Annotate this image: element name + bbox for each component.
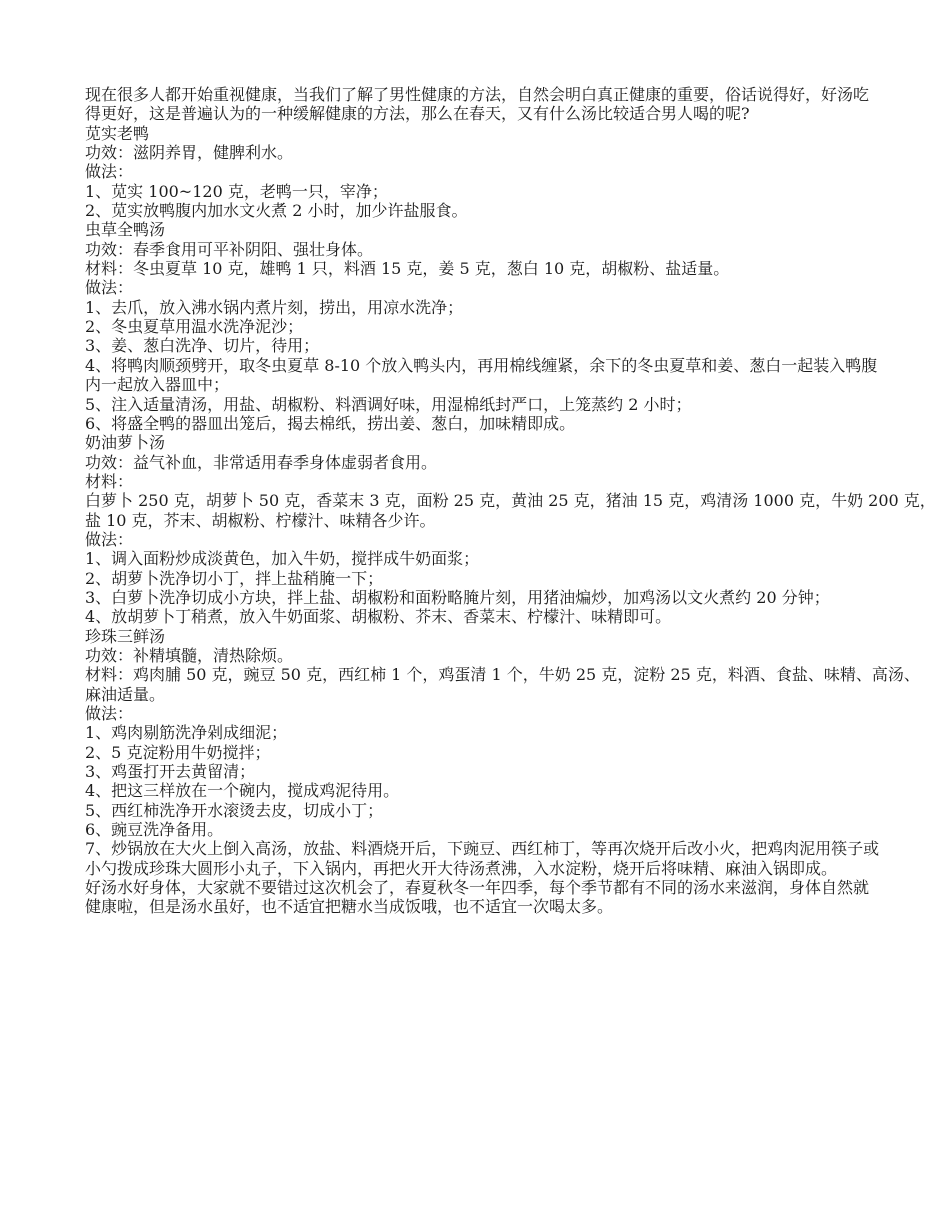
page: { "page": { "background_color": "#ffffff…	[0, 0, 950, 1230]
closing-line: 健康啦，但是汤水虽好，也不适宜把糖水当成饭哦，也不适宜一次喝太多。	[85, 897, 932, 916]
recipe-line: 1、苋实 100~120 克，老鸭一只，宰净；	[85, 182, 932, 201]
recipe-line: 5、西红柿洗净开水滚烫去皮，切成小丁；	[85, 801, 932, 820]
recipe-line: 白萝卜 250 克，胡萝卜 50 克，香菜末 3 克，面粉 25 克，黄油 25…	[85, 491, 932, 510]
recipe-line: 1、调入面粉炒成淡黄色，加入牛奶，搅拌成牛奶面浆；	[85, 549, 932, 568]
recipe-line: 4、把这三样放在一个碗内，搅成鸡泥待用。	[85, 781, 932, 800]
recipe-line: 2、胡萝卜洗净切小丁，拌上盐稍腌一下；	[85, 569, 932, 588]
recipe-line: 3、鸡蛋打开去黄留清；	[85, 762, 932, 781]
intro-line: 现在很多人都开始重视健康，当我们了解了男性健康的方法，自然会明白真正健康的重要，…	[85, 85, 932, 104]
recipe-line: 6、豌豆洗净备用。	[85, 820, 932, 839]
document: 现在很多人都开始重视健康，当我们了解了男性健康的方法，自然会明白真正健康的重要，…	[0, 0, 950, 917]
recipe-line: 2、苋实放鸭腹内加水文火煮 2 小时，加少许盐服食。	[85, 201, 932, 220]
recipe-line: 做法：	[85, 162, 932, 181]
recipe-line: 功效：春季食用可平补阴阳、强壮身体。	[85, 240, 932, 259]
recipe-line: 功效：益气补血，非常适用春季身体虚弱者食用。	[85, 453, 932, 472]
recipe-line: 材料：鸡肉脯 50 克，豌豆 50 克，西红柿 1 个，鸡蛋清 1 个，牛奶 2…	[85, 665, 932, 684]
recipe-line: 1、鸡肉剔筋洗净剁成细泥；	[85, 723, 932, 742]
recipe-line: 做法：	[85, 704, 932, 723]
recipe-line: 1、去爪，放入沸水锅内煮片刻，捞出，用凉水洗净；	[85, 298, 932, 317]
recipe-line: 7、炒锅放在大火上倒入高汤，放盐、料酒烧开后，下豌豆、西红柿丁，等再次烧开后改小…	[85, 839, 932, 858]
recipe-line: 3、姜、葱白洗净、切片，待用；	[85, 336, 932, 355]
recipe-line: 功效：滋阴养胃，健脾利水。	[85, 143, 932, 162]
recipe-line: 小勺拨成珍珠大圆形小丸子，下入锅内，再把火开大待汤煮沸，入水淀粉，烧开后将味精、…	[85, 859, 932, 878]
recipe-line: 内一起放入器皿中；	[85, 375, 932, 394]
recipe-line: 麻油适量。	[85, 685, 932, 704]
recipe-line: 材料：冬虫夏草 10 克，雄鸭 1 只，料酒 15 克，姜 5 克，葱白 10 …	[85, 259, 932, 278]
recipe-line: 盐 10 克，芥末、胡椒粉、柠檬汁、味精各少许。	[85, 511, 932, 530]
recipe-title: 虫草全鸭汤	[85, 220, 932, 239]
recipe-line: 4、放胡萝卜丁稍煮，放入牛奶面浆、胡椒粉、芥末、香菜末、柠檬汁、味精即可。	[85, 607, 932, 626]
recipe-line: 功效：补精填髓，清热除烦。	[85, 646, 932, 665]
closing-line: 好汤水好身体，大家就不要错过这次机会了，春夏秋冬一年四季，每个季节都有不同的汤水…	[85, 878, 932, 897]
recipe-line: 3、白萝卜洗净切成小方块，拌上盐、胡椒粉和面粉略腌片刻，用猪油煸炒，加鸡汤以文火…	[85, 588, 932, 607]
recipe-title: 珍珠三鲜汤	[85, 627, 932, 646]
recipe-line: 做法：	[85, 278, 932, 297]
recipe-line: 做法：	[85, 530, 932, 549]
recipe-line: 5、注入适量清汤，用盐、胡椒粉、料酒调好味，用湿棉纸封严口，上笼蒸约 2 小时；	[85, 395, 932, 414]
recipe-line: 6、将盛全鸭的器皿出笼后，揭去棉纸，捞出姜、葱白，加味精即成。	[85, 414, 932, 433]
recipe-line: 2、5 克淀粉用牛奶搅拌；	[85, 743, 932, 762]
intro-line: 得更好，这是普遍认为的一种缓解健康的方法，那么在春天，又有什么汤比较适合男人喝的…	[85, 104, 932, 123]
recipe-title: 奶油萝卜汤	[85, 433, 932, 452]
recipe-line: 4、将鸭肉顺颈劈开，取冬虫夏草 8-10 个放入鸭头内，再用棉线缠紧，余下的冬虫…	[85, 356, 932, 375]
document-text: 现在很多人都开始重视健康，当我们了解了男性健康的方法，自然会明白真正健康的重要，…	[85, 85, 932, 917]
recipe-title: 苋实老鸭	[85, 124, 932, 143]
recipe-line: 材料：	[85, 472, 932, 491]
recipe-line: 2、冬虫夏草用温水洗净泥沙；	[85, 317, 932, 336]
